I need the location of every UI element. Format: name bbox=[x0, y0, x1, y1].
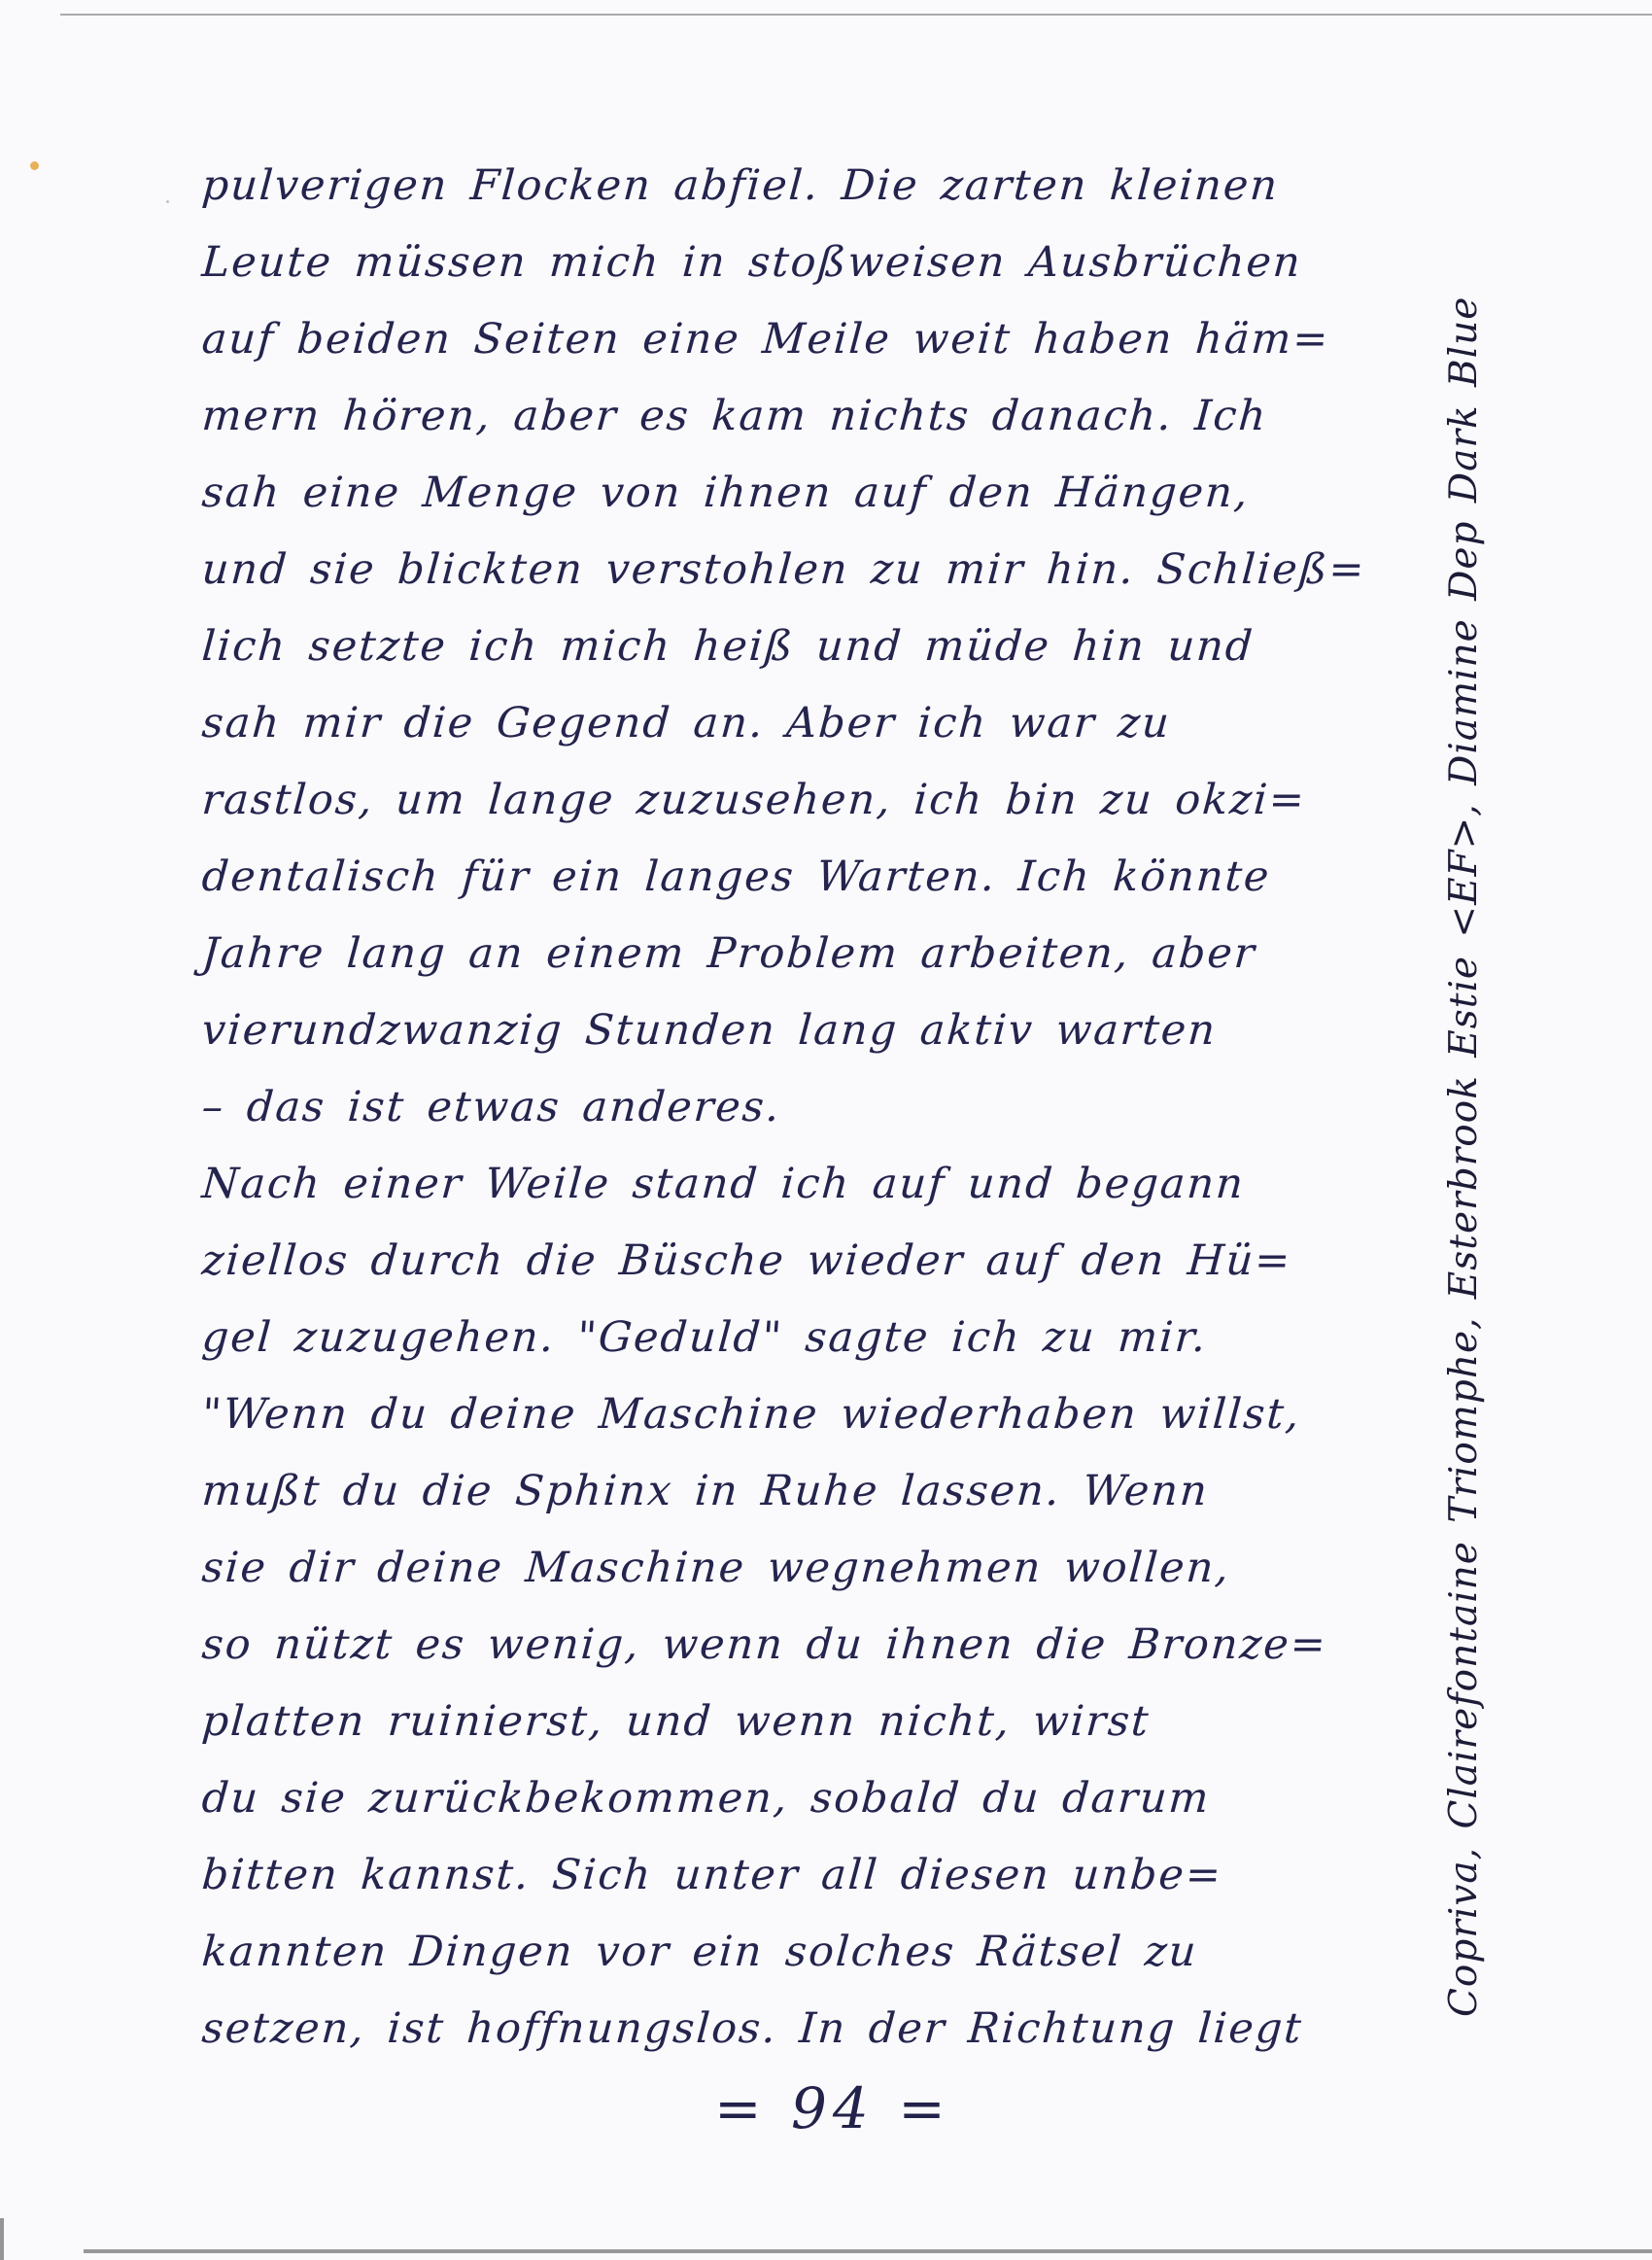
manuscript-line: gel zuzugehen. "Geduld" sagte ich zu mir… bbox=[199, 1300, 1439, 1376]
scanner-edge-artifact-top bbox=[60, 14, 1652, 16]
manuscript-line: setzen, ist hoffnungslos. In der Richtun… bbox=[199, 1991, 1439, 2068]
manuscript-line: auf beiden Seiten eine Meile weit haben … bbox=[199, 301, 1439, 378]
manuscript-line: platten ruinierst, und wenn nicht, wirst bbox=[199, 1684, 1439, 1760]
paper-speck bbox=[166, 200, 169, 203]
scanner-corner-artifact bbox=[0, 2218, 4, 2260]
manuscript-line: du sie zurückbekommen, sobald du darum bbox=[199, 1760, 1439, 1837]
manuscript-line: so nützt es wenig, wenn du ihnen die Bro… bbox=[199, 1607, 1439, 1684]
scanner-edge-artifact-bottom bbox=[84, 2249, 1652, 2253]
manuscript-line: Leute müssen mich in stoßweisen Ausbrüch… bbox=[199, 225, 1439, 301]
manuscript-line: sie dir deine Maschine wegnehmen wollen, bbox=[199, 1530, 1439, 1607]
handwritten-text-block: pulverigen Flocken abfiel. Die zarten kl… bbox=[199, 148, 1433, 2068]
manuscript-line: Nach einer Weile stand ich auf und began… bbox=[199, 1146, 1439, 1223]
manuscript-line: mußt du die Sphinx in Ruhe lassen. Wenn bbox=[199, 1453, 1439, 1530]
manuscript-line: sah eine Menge von ihnen auf den Hängen, bbox=[199, 455, 1439, 532]
manuscript-line: dentalisch für ein langes Warten. Ich kö… bbox=[199, 839, 1439, 916]
manuscript-line: ziellos durch die Büsche wieder auf den … bbox=[199, 1223, 1439, 1300]
manuscript-line: – das ist etwas anderes. bbox=[199, 1069, 1439, 1146]
manuscript-line: rastlos, um lange zuzusehen, ich bin zu … bbox=[199, 762, 1439, 839]
manuscript-line: sah mir die Gegend an. Aber ich war zu bbox=[199, 685, 1439, 762]
orange-ink-speck bbox=[30, 161, 39, 170]
manuscript-line: "Wenn du deine Maschine wiederhaben will… bbox=[199, 1376, 1439, 1453]
manuscript-line: pulverigen Flocken abfiel. Die zarten kl… bbox=[199, 148, 1439, 225]
manuscript-line: vierundzwanzig Stunden lang aktiv warten bbox=[199, 992, 1439, 1069]
manuscript-line: kannten Dingen vor ein solches Rätsel zu bbox=[199, 1914, 1439, 1991]
manuscript-line: Jahre lang an einem Problem arbeiten, ab… bbox=[199, 916, 1439, 992]
manuscript-line: lich setzte ich mich heiß und müde hin u… bbox=[199, 608, 1439, 685]
manuscript-line: mern hören, aber es kam nichts danach. I… bbox=[199, 378, 1439, 455]
scanned-manuscript-page: pulverigen Flocken abfiel. Die zarten kl… bbox=[0, 0, 1652, 2260]
manuscript-line: und sie blickten verstohlen zu mir hin. … bbox=[199, 532, 1439, 608]
margin-note-writing-materials: Copriva, Clairefontaine Triomphe, Esterb… bbox=[1411, 83, 1518, 2017]
page-number: = 94 = bbox=[714, 2075, 951, 2141]
manuscript-line: bitten kannst. Sich unter all diesen unb… bbox=[199, 1837, 1439, 1914]
